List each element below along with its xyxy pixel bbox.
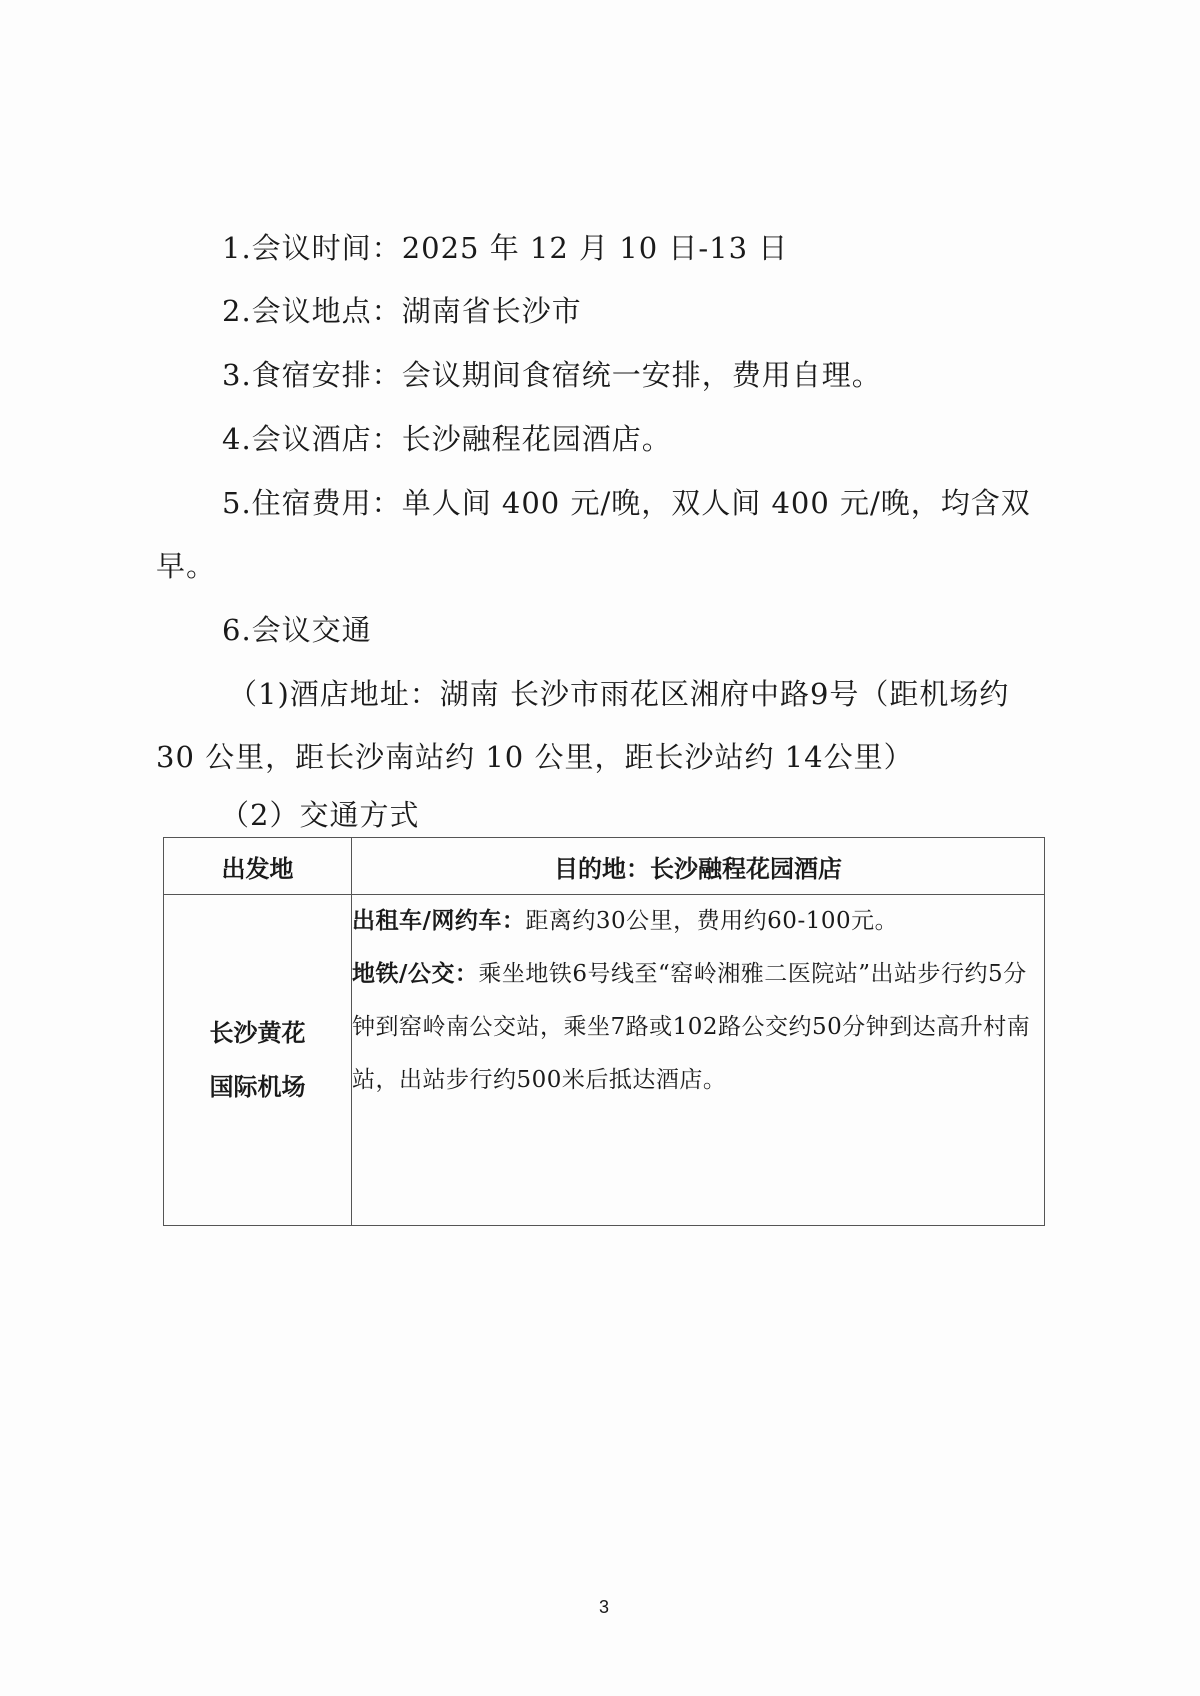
hotel-address-line1: （1)酒店地址：湖南 长沙市雨花区湘府中路9号（距机场约 <box>228 676 1009 712</box>
item-label: 会议交通 <box>252 613 372 647</box>
item-transport: 6.会议交通 <box>222 612 372 648</box>
item-number: 5. <box>222 486 252 520</box>
item-value: 会议期间食宿统一安排，费用自理。 <box>402 358 882 392</box>
item-hotel: 4.会议酒店：长沙融程花园酒店。 <box>222 421 672 457</box>
item-label: 食宿安排： <box>252 358 402 392</box>
header-destination: 目的地：长沙融程花园酒店 <box>352 838 1045 895</box>
item-meeting-location: 2.会议地点：湖南省长沙市 <box>222 293 582 329</box>
metro-label: 地铁/公交： <box>352 961 478 987</box>
item-number: 6. <box>222 613 252 647</box>
header-origin: 出发地 <box>164 838 352 895</box>
item-value: 2025 年 12 月 10 日-13 日 <box>402 231 789 265</box>
page-number: 3 <box>0 1597 1200 1618</box>
item-meeting-time: 1.会议时间：2025 年 12 月 10 日-13 日 <box>222 230 788 266</box>
item-label: 会议酒店： <box>252 422 402 456</box>
transport-heading: （2）交通方式 <box>220 797 419 833</box>
table-row: 长沙黄花 国际机场 出租车/网约车：距离约30公里，费用约60-100元。 地铁… <box>164 895 1045 1226</box>
item-number: 4. <box>222 422 252 456</box>
origin-line2: 国际机场 <box>164 1060 351 1114</box>
item-accommodation: 3.食宿安排：会议期间食宿统一安排，费用自理。 <box>222 357 882 393</box>
hotel-address-label: （1)酒店地址： <box>228 677 440 711</box>
item-room-rates-continuation: 早。 <box>156 548 216 584</box>
item-number: 3. <box>222 358 252 392</box>
item-label: 会议地点： <box>252 294 402 328</box>
taxi-label: 出租车/网约车： <box>352 908 525 934</box>
table-header-row: 出发地 目的地：长沙融程花园酒店 <box>164 838 1045 895</box>
origin-line1: 长沙黄花 <box>164 1006 351 1060</box>
metro-route: 地铁/公交：乘坐地铁6号线至“窑岭湘雅二医院站”出站步行约5分钟到窑岭南公交站，… <box>352 948 1044 1107</box>
taxi-route: 出租车/网约车：距离约30公里，费用约60-100元。 <box>352 895 1044 948</box>
origin-cell: 长沙黄花 国际机场 <box>164 895 352 1226</box>
taxi-text: 距离约30公里，费用约60-100元。 <box>525 908 898 934</box>
route-detail-cell: 出租车/网约车：距离约30公里，费用约60-100元。 地铁/公交：乘坐地铁6号… <box>352 895 1045 1226</box>
item-number: 1. <box>222 231 252 265</box>
item-room-rates: 5.住宿费用：单人间 400 元/晚，双人间 400 元/晚，均含双 <box>222 485 1031 521</box>
item-label: 住宿费用： <box>252 486 402 520</box>
hotel-address-value: 湖南 长沙市雨花区湘府中路9号（距机场约 <box>440 677 1010 711</box>
item-value: 湖南省长沙市 <box>402 294 582 328</box>
item-number: 2. <box>222 294 252 328</box>
item-label: 会议时间： <box>252 231 402 265</box>
transport-table: 出发地 目的地：长沙融程花园酒店 长沙黄花 国际机场 出租车/网约车：距离约30… <box>163 837 1045 1226</box>
hotel-address-line2: 30 公里，距长沙南站约 10 公里，距长沙站约 14公里） <box>156 739 914 775</box>
item-value: 单人间 400 元/晚，双人间 400 元/晚，均含双 <box>402 486 1031 520</box>
item-value: 长沙融程花园酒店。 <box>402 422 672 456</box>
